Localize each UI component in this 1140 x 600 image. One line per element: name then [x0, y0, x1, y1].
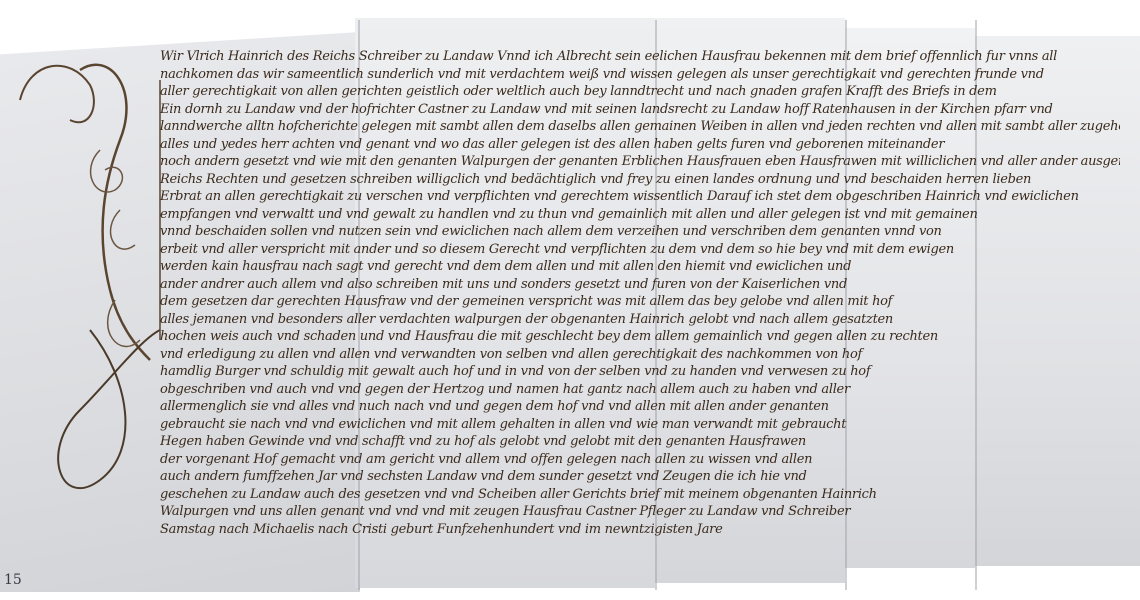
text-line: Hegen haben Gewinde vnd vnd schafft vnd … [160, 433, 1120, 451]
text-line: vnd erledigung zu allen vnd allen vnd ve… [160, 346, 1120, 364]
text-line: erbeit vnd aller verspricht mit ander un… [160, 241, 1120, 259]
text-line: alles und yedes herr achten vnd genant v… [160, 136, 1120, 154]
text-line: geschehen zu Landaw auch des gesetzen vn… [160, 486, 1120, 504]
text-line: obgeschriben vnd auch vnd vnd gegen der … [160, 381, 1120, 399]
text-line: gebraucht sie nach vnd vnd ewiclichen vn… [160, 416, 1120, 434]
text-line: der vorgenant Hof gemacht vnd am gericht… [160, 451, 1120, 469]
text-line: allermenglich sie vnd alles vnd nuch nac… [160, 398, 1120, 416]
text-line: Samstag nach Michaelis nach Cristi gebur… [160, 521, 1120, 539]
text-line: hochen weis auch vnd schaden und vnd Hau… [160, 328, 1120, 346]
text-line: Ein dornh zu Landaw vnd der hofrichter C… [160, 101, 1120, 119]
text-line: nachkomen das wir sameentlich sunderlich… [160, 66, 1120, 84]
text-line: lanndwerche alltn hofcherichte gelegen m… [160, 118, 1120, 136]
charter-text: Wir Vlrich Hainrich des Reichs Schreiber… [160, 48, 1120, 538]
text-line: auch andern fumffzehen Jar vnd sechsten … [160, 468, 1120, 486]
text-line: alles jemanen vnd besonders aller verdac… [160, 311, 1120, 329]
text-line: Reichs Rechten und gesetzen schreiben wi… [160, 171, 1120, 189]
text-line: Wir Vlrich Hainrich des Reichs Schreiber… [160, 48, 1120, 66]
text-line: noch andern gesetzt vnd wie mit den gena… [160, 153, 1120, 171]
text-line: Erbrat an allen gerechtigkait zu versche… [160, 188, 1120, 206]
text-line: vnnd beschaiden sollen vnd nutzen sein v… [160, 223, 1120, 241]
text-line: ander andrer auch allem vnd also schreib… [160, 276, 1120, 294]
text-line: empfangen vnd verwaltt und vnd gewalt zu… [160, 206, 1120, 224]
text-line: dem gesetzen dar gerechten Hausfraw vnd … [160, 293, 1120, 311]
text-line: hamdlig Burger vnd schuldig mit gewalt a… [160, 363, 1120, 381]
text-line: Walpurgen vnd uns allen genant vnd vnd v… [160, 503, 1120, 521]
text-line: werden kain hausfrau nach sagt vnd gerec… [160, 258, 1120, 276]
text-line: aller gerechtigkait von allen gerichten … [160, 83, 1120, 101]
charter-parchment: Wir Vlrich Hainrich des Reichs Schreiber… [0, 0, 1140, 600]
initial-flourish-icon [0, 30, 170, 510]
archive-mark: 15 [4, 572, 22, 588]
